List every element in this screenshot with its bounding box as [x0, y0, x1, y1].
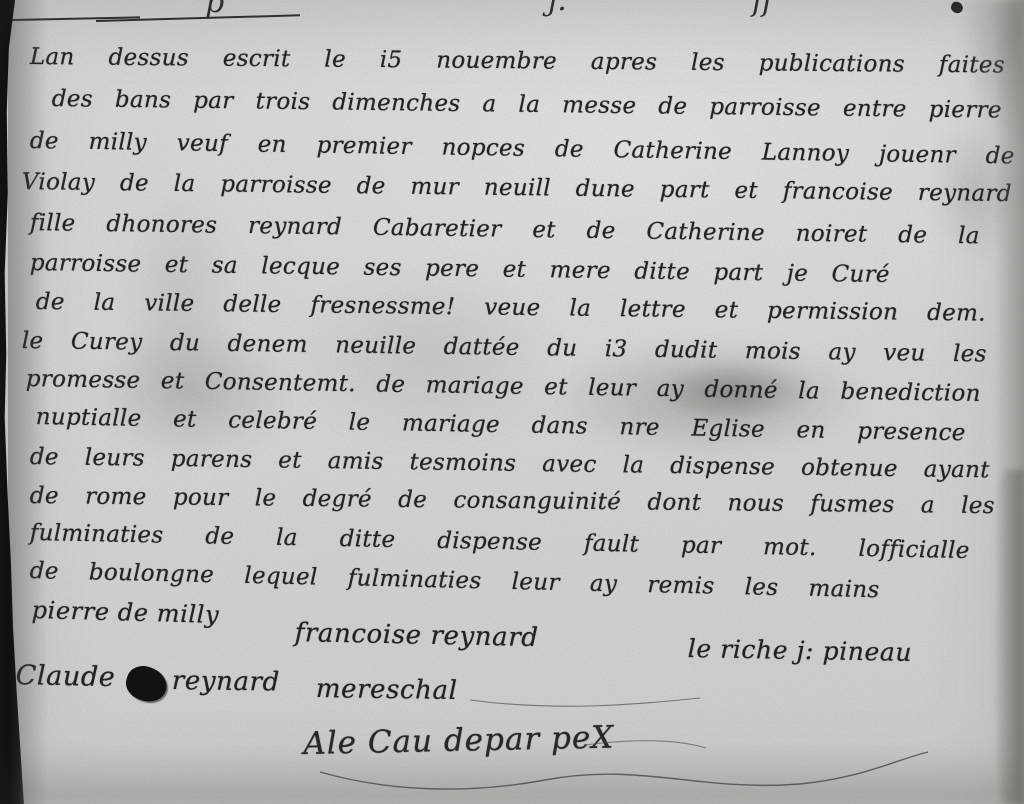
manuscript-line: fulminaties de la ditte dispense fault p…	[30, 522, 970, 563]
manuscript-line: parroisse et sa lecque ses pere et mere …	[30, 252, 890, 287]
ink-blot	[122, 661, 171, 706]
manuscript-line: Lan dessus escrit le i5 nouembre apres l…	[30, 46, 1005, 78]
manuscript-line: de leurs parens et amis tesmoins avec la…	[30, 446, 990, 482]
manuscript-line: Violay de la parroisse de mur neuill dun…	[22, 171, 1012, 206]
manuscript-line: des bans par trois dimenches a la messe …	[52, 88, 1002, 123]
manuscript-line: promesse et Consentemt. de mariage et le…	[26, 368, 981, 406]
corner-smudge	[960, 0, 1024, 150]
manuscript-line: de la ville delle fresnessme! veue la le…	[36, 291, 986, 326]
officiant-signature: Ale Cau depar peX	[303, 719, 615, 762]
signatory-name: Claude	[15, 662, 115, 691]
witness-signature: pierre de milly	[31, 598, 219, 627]
manuscript-line: de rome pour le degré de consanguinité d…	[30, 485, 995, 518]
manuscript-line: nuptialle et celebré le mariage dans nre…	[36, 406, 966, 445]
witness-signature: francoise reynard	[294, 620, 538, 651]
manuscript-line: de milly veuf en premier nopces de Cathe…	[30, 130, 1015, 168]
manuscript-line: le Curey du denem neuille dattée du i3 d…	[22, 330, 987, 366]
header-fragment: j.	[548, 0, 567, 18]
page-edge-mottle	[994, 470, 1024, 804]
signatory-name: reynard	[172, 668, 280, 696]
manuscript-page: p j. ff Lan dessus escrit le i5 nouembre…	[0, 0, 1024, 804]
witness-signature: le riche j: pineau	[688, 636, 913, 665]
manuscript-line: fille dhonores reynard Cabaretier et de …	[30, 212, 980, 248]
manuscript-line: de boulongne lequel fulminaties leur ay …	[29, 560, 879, 602]
signatory-name: mereschal	[316, 676, 458, 704]
header-fragment: ff	[752, 0, 773, 19]
